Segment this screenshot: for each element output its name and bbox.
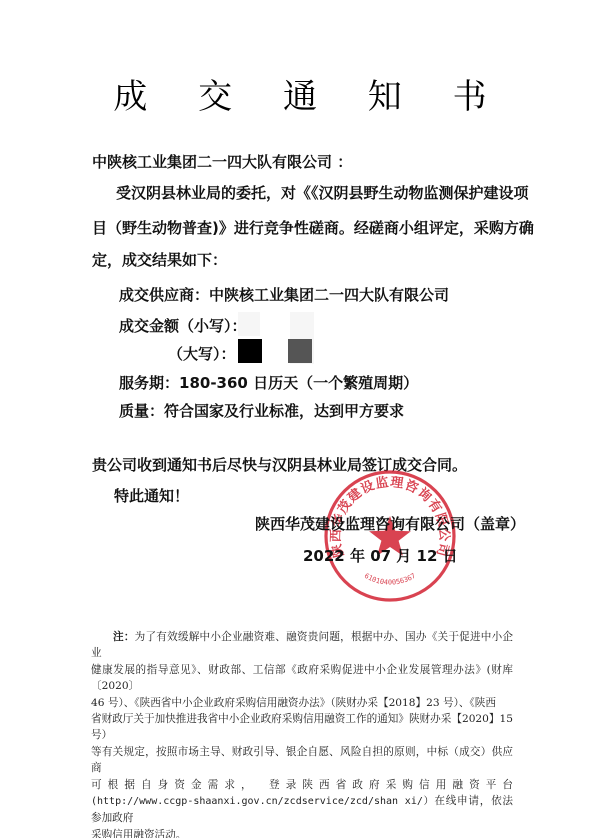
supplier-value: 中陕核工业集团二一四大队有限公司	[209, 286, 449, 304]
addressee: 中陕核工业集团二一四大队有限公司 ：	[92, 152, 352, 172]
service-label: 服务期：	[119, 374, 179, 392]
signer: 陕西华茂建设监理咨询有限公司（盖章）	[255, 514, 525, 534]
note-line-2: 健康发展的指导意见》、财政部、工信部《政府采购促进中小企业发展管理办法》(财库〔…	[91, 662, 513, 695]
amount-upper-row: （大写）：	[168, 344, 236, 364]
supplier-label: 成交供应商：	[119, 286, 209, 304]
issue-date: 2022 年 07 月 12 日	[303, 546, 458, 566]
redaction-block-gray	[288, 339, 312, 363]
amount-lower-label: 成交金额（小写）：	[119, 317, 247, 335]
quality-value: 符合国家及行业标准，达到甲方要求	[164, 402, 404, 420]
note-line-4: 省财政厅关于加快推进我省中小企业政府采购信用融资工作的通知》陕财办采【2020】…	[91, 711, 513, 744]
page-title: 成 交 通 知 书	[0, 72, 600, 122]
note-line-8: 采购信用融资活动。	[91, 827, 513, 838]
note-line-5: 等有关规定，按照市场主导、财政引导、银企自愿、风险自担的原则，中标（成交）供应商	[91, 744, 513, 777]
service-period-row: 服务期：180-360 日历天（一个繁殖周期）	[119, 373, 418, 393]
body-line-3: 定，成交结果如下：	[92, 250, 227, 270]
redaction-block	[238, 312, 260, 336]
redaction-block-black	[238, 339, 262, 363]
body-line-2: 目（野生动物普查)》进行竞争性磋商。经磋商小组评定，采购方确	[92, 218, 534, 238]
note-line-3: 46 号）、《陕西省中小企业政府采购信用融资办法》（陕财办采【2018】23 号…	[91, 695, 513, 711]
note-url: (http://www.ccgp-shaanxi.gov.cn/zcdservi…	[91, 796, 434, 807]
amount-upper-label: （大写）：	[168, 345, 236, 363]
quality-row: 质量：符合国家及行业标准，达到甲方要求	[119, 401, 404, 421]
service-value: 180-360 日历天（一个繁殖周期）	[179, 374, 418, 392]
amount-lower-row: 成交金额（小写）：	[119, 316, 247, 336]
seal-number: 6101040056367	[363, 572, 417, 587]
quality-label: 质量：	[119, 402, 164, 420]
note-line-1: 为了有效缓解中小企业融资难、融资贵问题，根据中办、国办《关于促进中小企业	[91, 631, 513, 659]
official-seal-icon: 陕西华茂建设监理咨询有限公司 6101040056367	[322, 468, 458, 604]
note-line-6: 可根据自身资金需求， 登录陕西省政府采购信用融资平台	[91, 777, 513, 793]
closing-remark: 特此通知！	[114, 486, 189, 506]
body-line-1: 受汉阴县林业局的委托，对《《汉阴县野生动物监测保护建设项	[116, 183, 529, 203]
note-label: 注：	[113, 631, 135, 643]
notice-document: 成 交 通 知 书 中陕核工业集团二一四大队有限公司 ： 受汉阴县林业局的委托，…	[0, 0, 600, 838]
footnote: 注：为了有效缓解中小企业融资难、融资贵问题，根据中办、国办《关于促进中小企业 健…	[91, 629, 513, 838]
supplier-row: 成交供应商：中陕核工业集团二一四大队有限公司	[119, 285, 449, 305]
svg-text:6101040056367: 6101040056367	[363, 572, 417, 587]
